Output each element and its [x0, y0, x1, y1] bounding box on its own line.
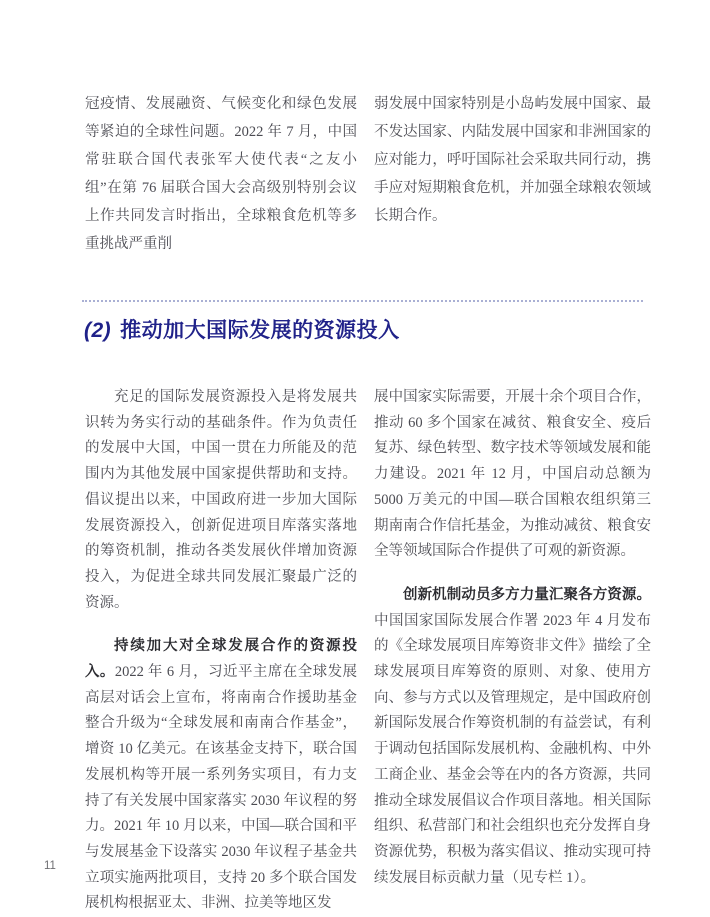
- section-heading: (2)推动加大国际发展的资源投入: [84, 316, 400, 346]
- body-right-paragraph-2: 创新机制动员多方力量汇聚各方资源。中国国家国际发展合作署 2023 年 4 月发…: [374, 583, 651, 891]
- page-number: 11: [44, 860, 56, 872]
- paragraph-lead-bold: 创新机制动员多方力量汇聚各方资源。: [403, 587, 651, 603]
- body-right-paragraph-1: 展中国家实际需要，开展十余个项目合作，推动 60 多个国家在减贫、粮食安全、疫后…: [374, 385, 651, 565]
- body-left-paragraph-1: 充足的国际发展资源投入是将发展共识转为务实行动的基础条件。作为负责任的发展中大国…: [85, 385, 357, 616]
- section-number: (2): [84, 319, 111, 342]
- top-left-column-text: 冠疫情、发展融资、气候变化和绿色发展等紧迫的全球性问题。2022 年 7 月，中…: [85, 90, 357, 258]
- body-right-column: 展中国家实际需要，开展十余个项目合作，推动 60 多个国家在减贫、粮食安全、疫后…: [374, 385, 651, 917]
- top-text-section: 冠疫情、发展融资、气候变化和绿色发展等紧迫的全球性问题。2022 年 7 月，中…: [85, 90, 651, 258]
- body-text-section: 充足的国际发展资源投入是将发展共识转为务实行动的基础条件。作为负责任的发展中大国…: [85, 385, 651, 917]
- body-left-paragraph-2: 持续加大对全球发展合作的资源投入。2022 年 6 月，习近平主席在全球发展高层…: [85, 634, 357, 917]
- section-title: 推动加大国际发展的资源投入: [120, 319, 400, 342]
- top-right-column-text: 弱发展中国家特别是小岛屿发展中国家、最不发达国家、内陆发展中国家和非洲国家的应对…: [374, 90, 651, 258]
- paragraph-body-text: 2022 年 6 月，习近平主席在全球发展高层对话会上宣布，将南南合作援助基金整…: [85, 664, 357, 911]
- body-left-column: 充足的国际发展资源投入是将发展共识转为务实行动的基础条件。作为负责任的发展中大国…: [85, 385, 357, 917]
- paragraph-body-text: 中国国家国际发展合作署 2023 年 4 月发布的《全球发展项目库筹资非文件》描…: [374, 613, 651, 886]
- document-page: 冠疫情、发展融资、气候变化和绿色发展等紧迫的全球性问题。2022 年 7 月，中…: [0, 0, 710, 917]
- dotted-divider: [82, 300, 643, 302]
